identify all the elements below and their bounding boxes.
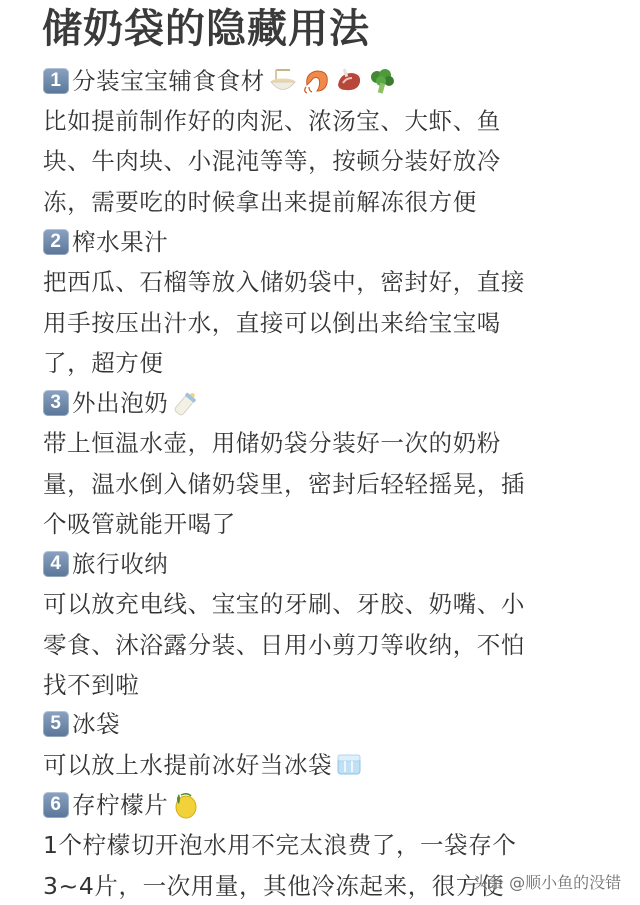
steak-icon [334,67,364,95]
section-title: 榨水果汁 [72,227,168,257]
page-title: 储奶袋的隐藏用法 [42,4,370,54]
ice-cube-icon [335,752,363,778]
section-heading-6: 6 存柠檬片 [43,790,199,820]
watermark: 头条 @顺小鱼的没错 [472,870,621,893]
section-title: 外出泡奶 [72,388,168,418]
body-line: 可以放上水提前冰好当冰袋 [43,750,332,780]
body-line: 个吸管就能开喝了 [43,509,236,539]
section-title: 分装宝宝辅食食材 [72,66,265,96]
body-line: 1个柠檬切开泡水用不完太浪费了，一袋存个 [43,830,516,860]
number-badge-1: 1 [43,68,69,94]
body-line: 了，超方便 [43,348,164,378]
body-line: 冻，需要吃的时候拿出来提前解冻很方便 [43,187,477,217]
number-badge-2: 2 [43,229,69,255]
number-badge-5: 5 [43,711,69,737]
section-heading-5: 5 冰袋 [43,709,120,739]
body-line: 把西瓜、石榴等放入储奶袋中，密封好，直接 [43,267,525,297]
section-title: 存柠檬片 [72,790,168,820]
body-line: 比如提前制作好的肉泥、浓汤宝、大虾、鱼 [43,106,501,136]
baby-bottle-icon [171,388,201,418]
broccoli-icon [367,67,397,95]
body-line: 用手按压出汁水，直接可以倒出来给宝宝喝 [43,308,501,338]
section-heading-4: 4 旅行收纳 [43,549,168,579]
body-line: 量，温水倒入储奶袋里，密封后轻轻摇晃，插 [43,469,525,499]
number-badge-6: 6 [43,792,69,818]
body-line: 3~4片，一次用量，其他冷冻起来，很方便 [43,871,504,901]
lemon-icon [171,790,199,820]
section-title: 冰袋 [72,709,120,739]
body-line-with-emoji: 可以放上水提前冰好当冰袋 [43,750,363,780]
body-line: 块、牛肉块、小混沌等等，按顿分装好放冷 [43,146,501,176]
section-heading-2: 2 榨水果汁 [43,227,168,257]
number-badge-4: 4 [43,551,69,577]
body-line: 可以放充电线、宝宝的牙刷、牙胶、奶嘴、小 [43,589,525,619]
body-line: 找不到啦 [43,670,139,700]
document-page: 储奶袋的隐藏用法 1 分装宝宝辅食食材 [0,0,640,905]
noodle-bowl-icon [268,67,298,95]
body-line: 带上恒温水壶，用储奶袋分装好一次的奶粉 [43,428,501,458]
body-line: 零食、沐浴露分装、日用小剪刀等收纳，不怕 [43,630,525,660]
section-heading-3: 3 外出泡奶 [43,388,201,418]
section-heading-1: 1 分装宝宝辅食食材 [43,66,397,96]
number-badge-3: 3 [43,390,69,416]
shrimp-icon [301,67,331,95]
section-title: 旅行收纳 [72,549,168,579]
